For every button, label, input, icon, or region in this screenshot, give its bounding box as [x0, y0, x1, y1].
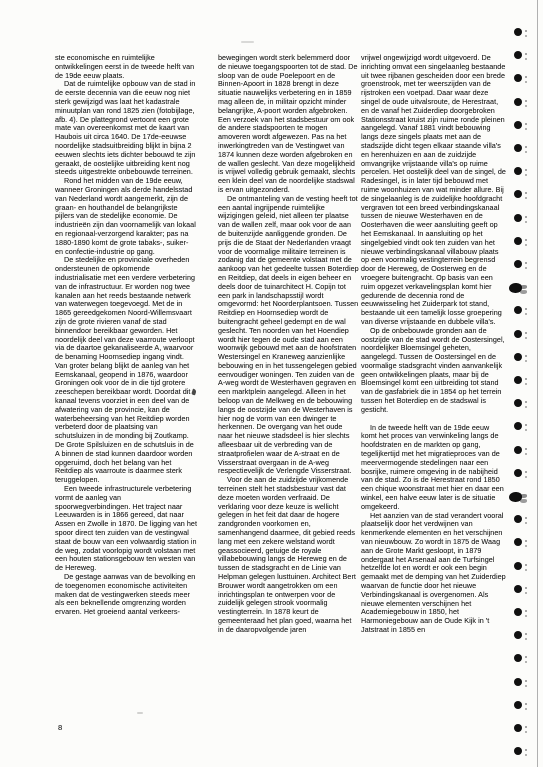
binding-hole — [514, 446, 522, 454]
binding-hole — [514, 654, 522, 662]
text-column-left: ste economische en ruimtelijke ontwikkel… — [55, 54, 198, 617]
text-column-middle: bewegingen wordt sterk belemmerd door de… — [218, 54, 359, 635]
binding-hole — [514, 562, 522, 570]
binding-hole — [514, 678, 522, 686]
binding-hole — [514, 74, 522, 82]
binding-hole — [514, 260, 522, 268]
binding-hole — [509, 283, 522, 293]
binding-hole — [514, 121, 522, 129]
paragraph: Een tweede infrastructurele verbetering … — [55, 485, 198, 573]
paragraph: bewegingen wordt sterk belemmerd door de… — [218, 54, 359, 195]
scan-artifact — [137, 712, 143, 714]
binding-hole — [514, 28, 522, 36]
binding-hole — [514, 701, 522, 709]
binding-hole — [514, 167, 522, 175]
binding-hole — [514, 399, 522, 407]
page-edge-line — [537, 0, 538, 767]
binding-hole — [514, 585, 522, 593]
binding-hole — [514, 98, 522, 106]
paragraph: Voor de aan de zuidzijde vrijkomende ter… — [218, 476, 359, 634]
scanned-book-page: ste economische en ruimtelijke ontwikkel… — [0, 0, 543, 767]
binding-hole — [514, 330, 522, 338]
binding-hole — [514, 515, 522, 523]
paragraph: Het aanzien van de stad verandert vooral… — [361, 512, 507, 635]
page-number: 8 — [58, 723, 62, 732]
binding-hole — [514, 608, 522, 616]
binding-hole — [514, 237, 522, 245]
binding-hole — [509, 492, 522, 502]
paragraph: vrijwel ongewijzigd wordt uitgevoerd. De… — [361, 54, 507, 327]
binding-hole — [514, 422, 522, 430]
text-column-right: vrijwel ongewijzigd wordt uitgevoerd. De… — [361, 54, 507, 635]
binding-hole — [514, 214, 522, 222]
paragraph: De ontmanteling van de vesting heeft tot… — [218, 195, 359, 477]
binding-hole — [514, 144, 522, 152]
scan-artifact — [241, 41, 254, 43]
binding-hole — [514, 51, 522, 59]
binding-hole — [514, 469, 522, 477]
paragraph: ste economische en ruimtelijke ontwikkel… — [55, 54, 198, 80]
paragraph: In de tweede helft van de 19de eeuw komt… — [361, 424, 507, 512]
paragraph: Op de onbebouwde gronden aan de oostzijd… — [361, 327, 507, 415]
paragraph: Rond het midden van de 19de eeuw, wannee… — [55, 177, 198, 256]
binding-hole — [514, 631, 522, 639]
binding-hole — [514, 747, 522, 755]
binding-hole — [514, 538, 522, 546]
binding-hole — [514, 724, 522, 732]
paragraph: Dat de ruimtelijke opbouw van de stad in… — [55, 80, 198, 177]
paragraph: De gestage aanwas van de bevolking en de… — [55, 573, 198, 617]
paragraph: De stedelijke en provinciale overheden o… — [55, 256, 198, 485]
binding-hole — [514, 376, 522, 384]
binding-hole — [514, 306, 522, 314]
binding-hole — [514, 190, 522, 198]
binding-hole — [514, 353, 522, 361]
